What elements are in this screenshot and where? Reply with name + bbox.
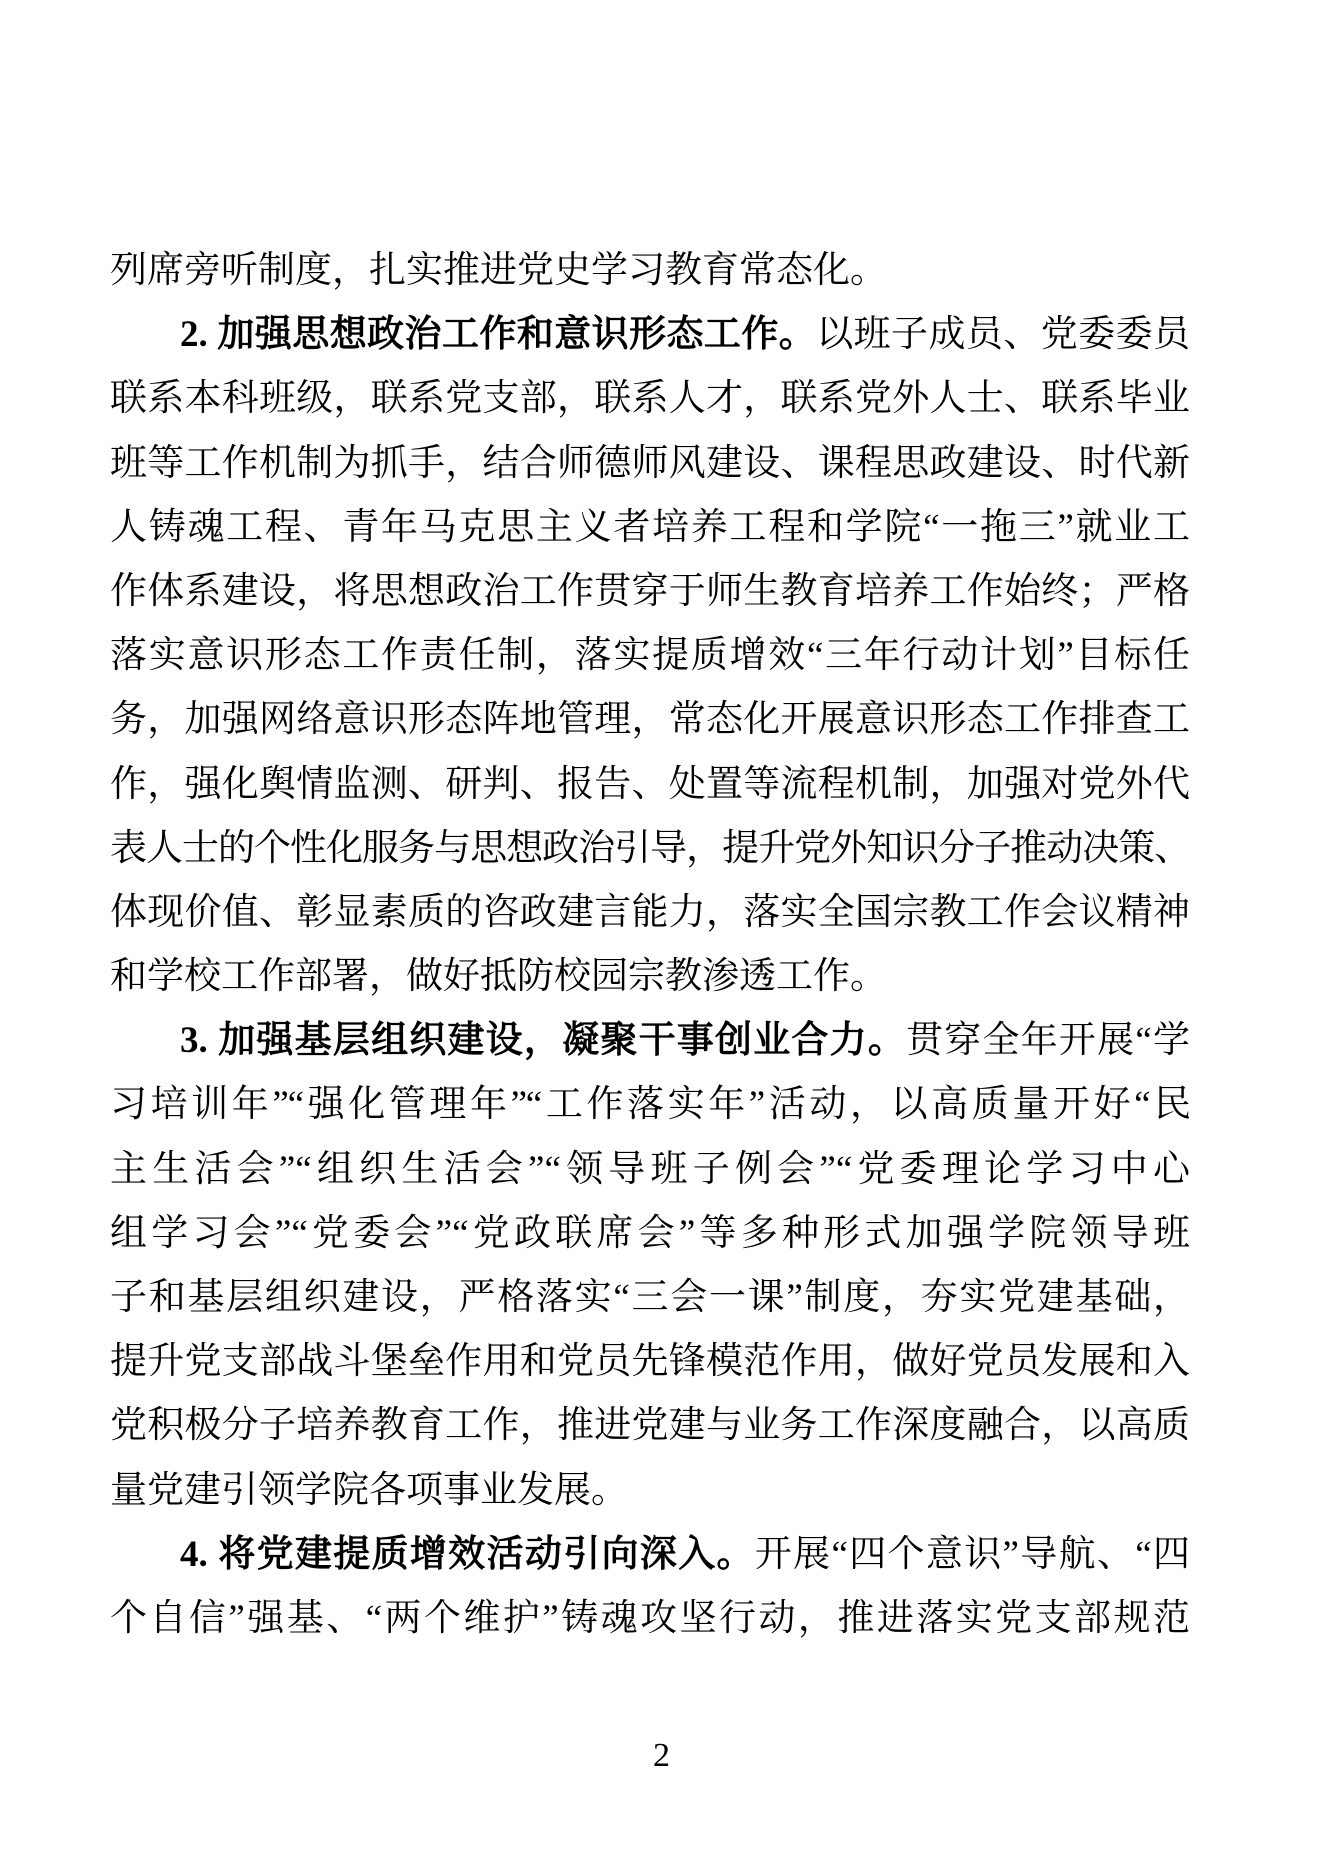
text-segment: 联系本科班级，联系党支部，联系人才，联系党外人士、联系毕业	[110, 378, 1190, 419]
paragraph-lead: 2. 加强思想政治工作和意识形态工作。	[180, 314, 816, 355]
document-body: 列席旁听制度，扎实推进党史学习教育常态化。2. 加强思想政治工作和意识形态工作。…	[110, 239, 1190, 1651]
text-segment: 贯穿全年开展“学	[906, 1020, 1190, 1061]
text-segment: 作体系建设，将思想政治工作贯穿于师生教育培养工作始终；严格	[110, 571, 1190, 612]
text-segment: 人铸魂工程、青年马克思主义者培养工程和学院“一拖三”就业工	[110, 507, 1190, 548]
text-line: 和学校工作部署，做好抵防校园宗教渗透工作。	[110, 945, 1190, 1009]
text-line: 表人士的个性化服务与思想政治引导，提升党外知识分子推动决策、	[110, 817, 1190, 881]
text-line: 党积极分子培养教育工作，推进党建与业务工作深度融合，以高质	[110, 1394, 1190, 1458]
text-line: 2. 加强思想政治工作和意识形态工作。以班子成员、党委委员	[110, 303, 1190, 367]
text-segment: 落实意识形态工作责任制，落实提质增效“三年行动计划”目标任	[110, 635, 1190, 676]
paragraph-lead: 4. 将党建提质增效活动引向深入。	[180, 1534, 755, 1575]
text-segment: 以班子成员、党委委员	[816, 314, 1190, 355]
text-segment: 作，强化舆情监测、研判、报告、处置等流程机制，加强对党外代	[110, 764, 1190, 805]
text-line: 4. 将党建提质增效活动引向深入。开展“四个意识”导航、“四	[110, 1523, 1190, 1587]
text-segment: 开展“四个意识”导航、“四	[755, 1534, 1190, 1575]
text-segment: 体现价值、彰显素质的咨政建言能力，落实全国宗教工作会议精神	[110, 892, 1190, 933]
text-segment: 习培训年”“强化管理年”“工作落实年”活动，以高质量开好“民	[110, 1084, 1190, 1125]
text-line: 落实意识形态工作责任制，落实提质增效“三年行动计划”目标任	[110, 624, 1190, 688]
text-line: 列席旁听制度，扎实推进党史学习教育常态化。	[110, 239, 1190, 303]
text-segment: 个自信”强基、“两个维护”铸魂攻坚行动，推进落实党支部规范	[110, 1598, 1190, 1639]
text-segment: 班等工作机制为抓手，结合师德师风建设、课程思政建设、时代新	[110, 443, 1190, 484]
text-line: 联系本科班级，联系党支部，联系人才，联系党外人士、联系毕业	[110, 367, 1190, 431]
text-segment: 务，加强网络意识形态阵地管理，常态化开展意识形态工作排查工	[110, 699, 1190, 740]
text-line: 主生活会”“组织生活会”“领导班子例会”“党委理论学习中心	[110, 1138, 1190, 1202]
text-line: 作体系建设，将思想政治工作贯穿于师生教育培养工作始终；严格	[110, 560, 1190, 624]
text-line: 3. 加强基层组织建设，凝聚干事创业合力。贯穿全年开展“学	[110, 1009, 1190, 1073]
text-line: 组学习会”“党委会”“党政联席会”等多种形式加强学院领导班	[110, 1202, 1190, 1266]
text-segment: 和学校工作部署，做好抵防校园宗教渗透工作。	[110, 956, 887, 997]
text-line: 人铸魂工程、青年马克思主义者培养工程和学院“一拖三”就业工	[110, 496, 1190, 560]
document-page: 列席旁听制度，扎实推进党史学习教育常态化。2. 加强思想政治工作和意识形态工作。…	[0, 0, 1323, 1871]
text-segment: 表人士的个性化服务与思想政治引导，提升党外知识分子推动决策、	[110, 828, 1190, 869]
text-line: 班等工作机制为抓手，结合师德师风建设、课程思政建设、时代新	[110, 432, 1190, 496]
text-line: 提升党支部战斗堡垒作用和党员先锋模范作用，做好党员发展和入	[110, 1330, 1190, 1394]
text-line: 务，加强网络意识形态阵地管理，常态化开展意识形态工作排查工	[110, 688, 1190, 752]
text-segment: 党积极分子培养教育工作，推进党建与业务工作深度融合，以高质	[110, 1405, 1190, 1446]
text-line: 量党建引领学院各项事业发展。	[110, 1459, 1190, 1523]
text-line: 体现价值、彰显素质的咨政建言能力，落实全国宗教工作会议精神	[110, 881, 1190, 945]
text-line: 习培训年”“强化管理年”“工作落实年”活动，以高质量开好“民	[110, 1073, 1190, 1137]
text-segment: 提升党支部战斗堡垒作用和党员先锋模范作用，做好党员发展和入	[110, 1341, 1190, 1382]
text-segment: 组学习会”“党委会”“党政联席会”等多种形式加强学院领导班	[110, 1213, 1190, 1254]
text-line: 个自信”强基、“两个维护”铸魂攻坚行动，推进落实党支部规范	[110, 1587, 1190, 1651]
text-segment: 子和基层组织建设，严格落实“三会一课”制度，夯实党建基础，	[110, 1277, 1190, 1318]
text-segment: 量党建引领学院各项事业发展。	[110, 1470, 628, 1511]
text-segment: 主生活会”“组织生活会”“领导班子例会”“党委理论学习中心	[110, 1149, 1190, 1190]
text-line: 子和基层组织建设，严格落实“三会一课”制度，夯实党建基础，	[110, 1266, 1190, 1330]
page-number: 2	[0, 1736, 1323, 1776]
text-segment: 列席旁听制度，扎实推进党史学习教育常态化。	[110, 250, 887, 291]
text-line: 作，强化舆情监测、研判、报告、处置等流程机制，加强对党外代	[110, 753, 1190, 817]
paragraph-lead: 3. 加强基层组织建设，凝聚干事创业合力。	[180, 1020, 906, 1061]
